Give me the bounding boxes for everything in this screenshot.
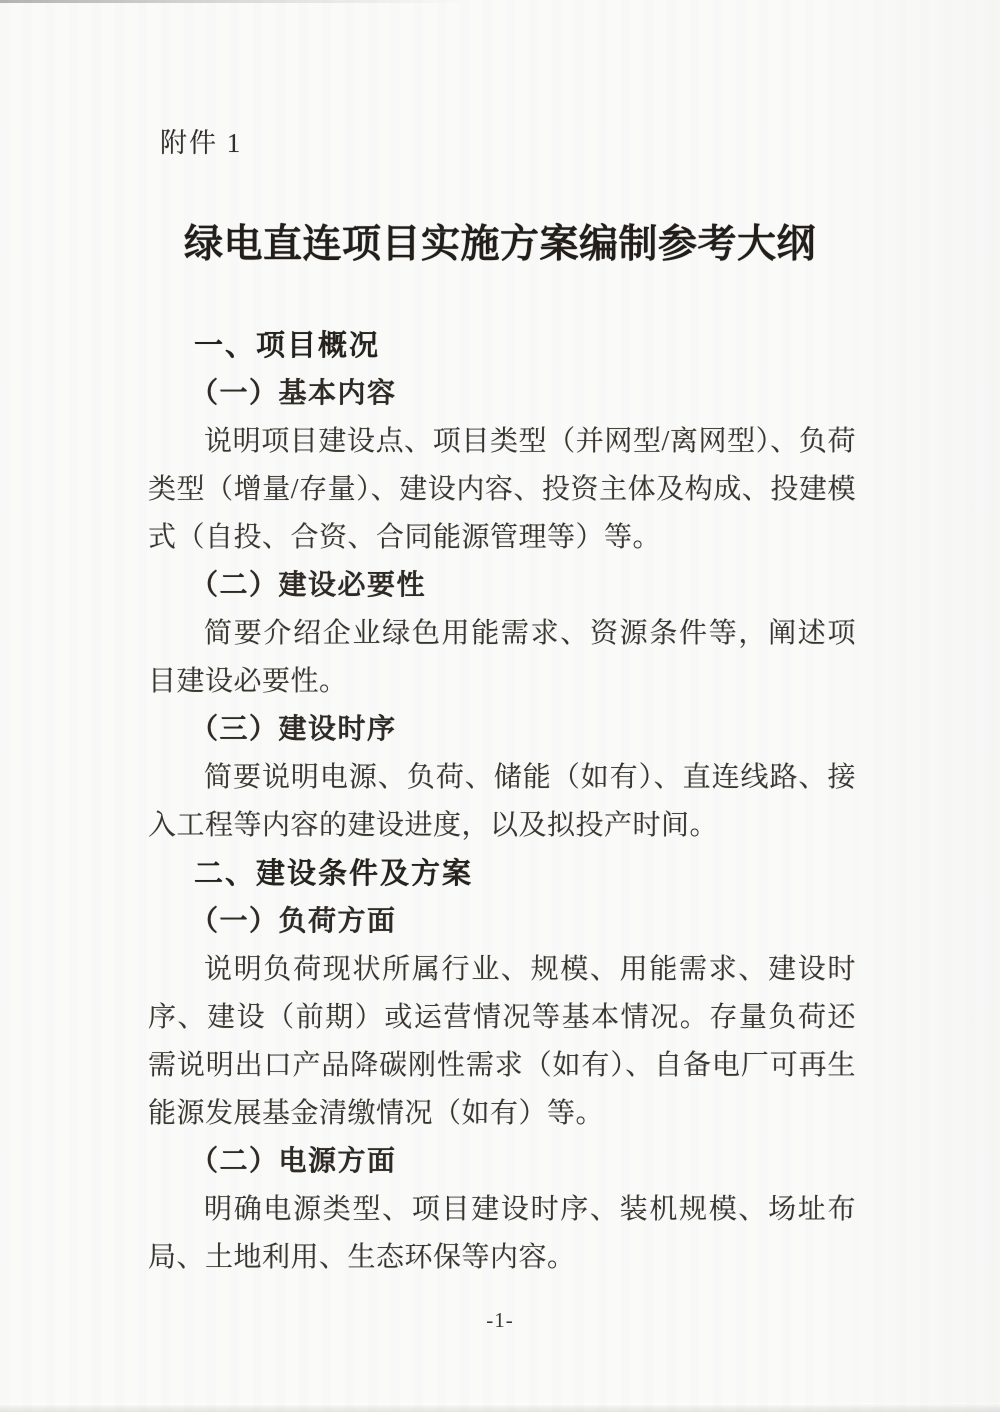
document-page: 附件 1 绿电直连项目实施方案编制参考大纲 一、项目概况（一）基本内容说明项目建… (0, 0, 1000, 1412)
scan-edge-bottom (0, 1403, 1000, 1412)
section-heading-level-2: （二）电源方面 (148, 1138, 856, 1186)
section-heading-level-1: 一、项目概况 (148, 322, 856, 370)
document-body: 一、项目概况（一）基本内容说明项目建设点、项目类型（并网型/离网型）、负荷类型（… (148, 322, 856, 1282)
page-number: -1- (0, 1308, 1000, 1333)
paragraph: 简要介绍企业绿色用能需求、资源条件等，阐述项目建设必要性。 (148, 610, 856, 706)
document-title: 绿电直连项目实施方案编制参考大纲 (0, 220, 1000, 270)
attachment-label: 附件 1 (160, 126, 242, 160)
paragraph: 简要说明电源、负荷、储能（如有）、直连线路、接入工程等内容的建设进度，以及拟投产… (148, 754, 856, 850)
section-heading-level-2: （二）建设必要性 (148, 562, 856, 610)
paragraph: 明确电源类型、项目建设时序、装机规模、场址布局、土地利用、生态环保等内容。 (148, 1186, 856, 1282)
scan-edge-top (0, 0, 470, 3)
section-heading-level-1: 二、建设条件及方案 (148, 850, 856, 898)
section-heading-level-2: （一）负荷方面 (148, 898, 856, 946)
section-heading-level-2: （一）基本内容 (148, 370, 856, 418)
paragraph: 说明负荷现状所属行业、规模、用能需求、建设时序、建设（前期）或运营情况等基本情况… (148, 946, 856, 1138)
paragraph: 说明项目建设点、项目类型（并网型/离网型）、负荷类型（增量/存量）、建设内容、投… (148, 418, 856, 562)
section-heading-level-2: （三）建设时序 (148, 706, 856, 754)
